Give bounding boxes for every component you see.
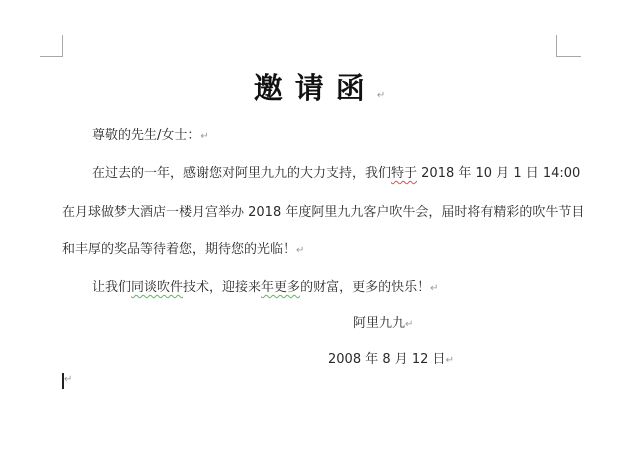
spellcheck-flagged-text: 特于 [391,166,417,181]
paragraph-mark-icon: ↵ [430,283,438,294]
document-title: 邀请函↵ [0,66,639,107]
paragraph-mark-icon: ↵ [405,319,413,330]
title-text: 邀请函 [254,71,377,105]
salutation-text: 尊敬的先生/女士： [92,128,200,143]
body-text: 和丰厚的奖品等待着您，期待您的光临！ [62,242,296,257]
signature-text: 阿里九九 [353,316,405,331]
body-text: 2018 年 10 月 1 日 14:00 [417,166,580,181]
paragraph-mark-icon: ↵ [377,90,385,101]
paragraph-mark-icon: ↵ [64,374,72,385]
body-text: 让我们 [92,280,131,295]
paragraph-mark-icon: ↵ [296,245,304,256]
body-text: 的财富，更多的快乐！ [300,280,430,295]
paragraph-mark-icon: ↵ [446,355,454,366]
body-line-3: 和丰厚的奖品等待着您，期待您的光临！↵ [62,238,304,257]
body-line-2: 在月球做梦大酒店一楼月宫举办 2018 年度阿里九九客户吹牛会，届时将有精彩的吹… [62,201,584,220]
signature: 阿里九九↵ [353,312,413,331]
body-line-1: 在过去的一年，感谢您对阿里九九的大力支持，我们特于 2018 年 10 月 1 … [92,162,580,181]
body-text: 在过去的一年，感谢您对阿里九九的大力支持，我们 [92,166,391,181]
salutation: 尊敬的先生/女士：↵ [92,124,209,143]
date-line: 2008 年 8 月 12 日↵ [328,348,454,367]
closing-line: 让我们同谈吹件技术，迎接来年更多的财富，更多的快乐！↵ [92,276,438,295]
date-text: 2008 年 8 月 12 日 [328,352,446,367]
body-text: 技术，迎接来 [183,280,261,295]
margin-corner-top-left [40,35,63,57]
grammar-flagged-text: 年更多 [261,280,300,295]
grammar-flagged-text: 同谈吹件 [131,280,183,295]
document-page[interactable]: 邀请函↵ 尊敬的先生/女士：↵ 在过去的一年，感谢您对阿里九九的大力支持，我们特… [0,0,639,451]
margin-corner-top-right [556,35,581,57]
body-text: 在月球做梦大酒店一楼月宫举办 2018 年度阿里九九客户吹牛会，届时将有精彩的吹… [62,205,584,220]
paragraph-mark-icon: ↵ [200,131,208,142]
